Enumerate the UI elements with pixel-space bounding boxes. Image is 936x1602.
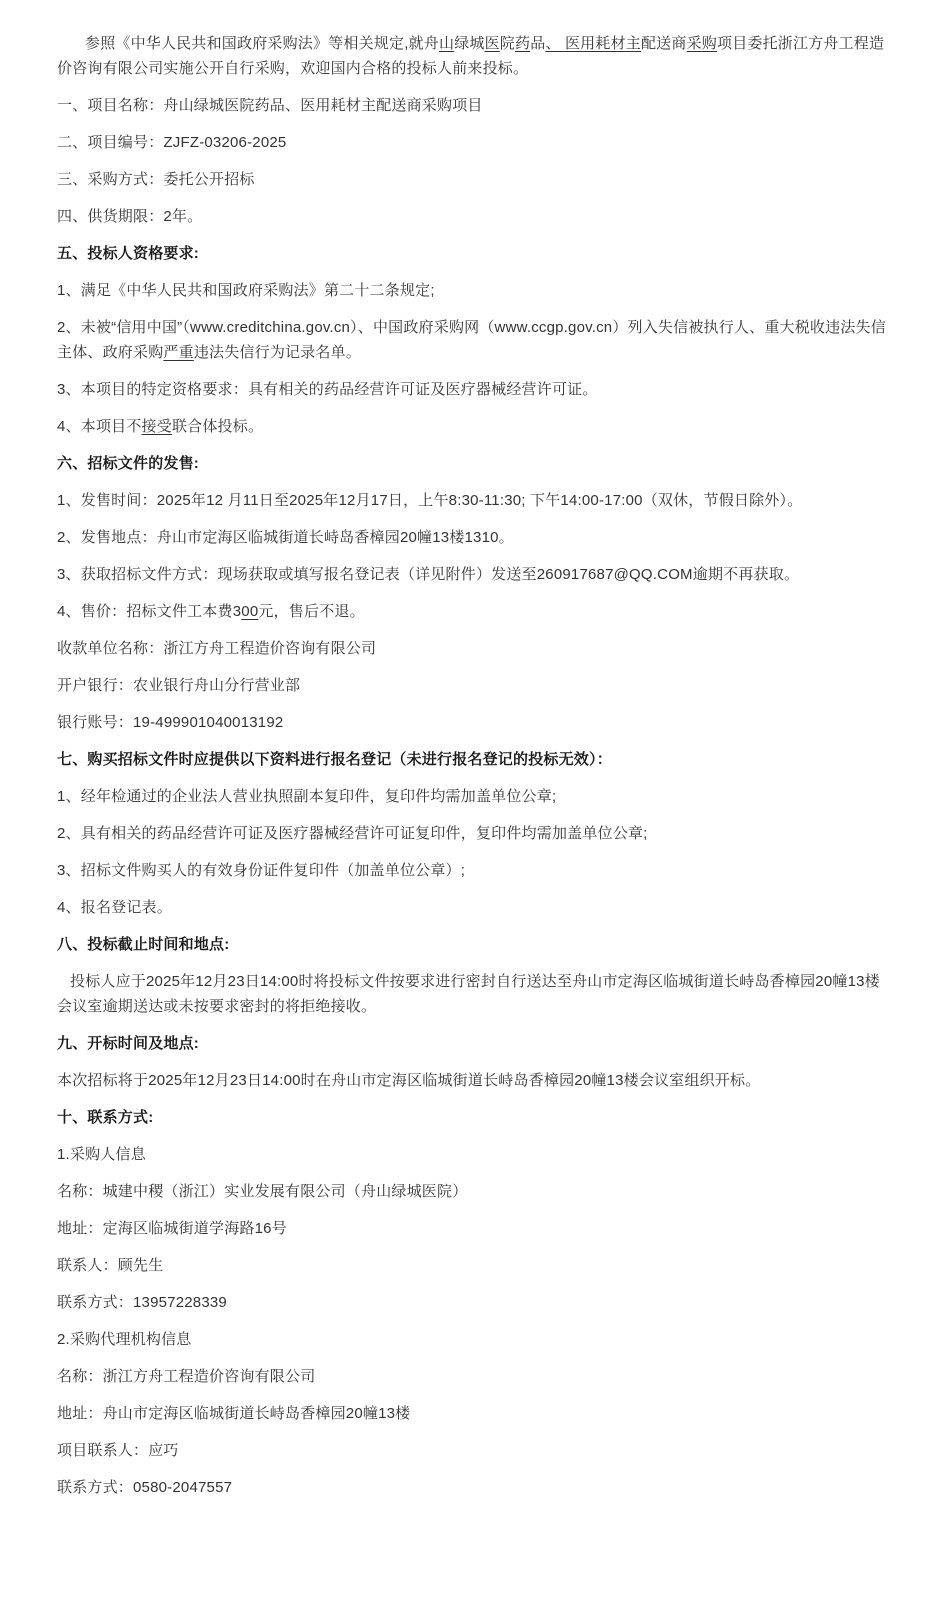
section-7-registration-heading: 七、购买招标文件时应提供以下资料进行报名登记（未进行报名登记的投标无效）： [57, 747, 890, 772]
underlined-text-run: 药 [515, 35, 530, 52]
sale-item-2-place: 2、发售地点：舟山市定海区临城街道长峙岛香樟园20幢13楼1310。 [57, 525, 890, 550]
agency-info-title: 2.采购代理机构信息 [57, 1327, 890, 1352]
item-supply-period: 四、供货期限：2年。 [57, 204, 890, 229]
sale-item-3-obtain-method: 3、获取招标文件方式：现场获取或填写报名登记表（详见附件）发送至26091768… [57, 562, 890, 587]
underlined-text-run: 00 [241, 603, 258, 620]
section-8-deadline-heading: 八、投标截止时间和地点: [57, 932, 890, 957]
purchaser-address: 地址：定海区临城街道学海路16号 [57, 1216, 890, 1241]
section-10-contact-heading: 十、联系方式: [57, 1105, 890, 1130]
underlined-text-run: 严重 [163, 344, 193, 361]
text-run: 品 [530, 35, 545, 52]
intro-paragraph: 参照《中华人民共和国政府采购法》等相关规定,就舟山绿城医院药品、 医用耗材主配送… [57, 31, 890, 81]
purchaser-phone: 联系方式：13957228339 [57, 1290, 890, 1315]
underlined-text-run: 山 [439, 35, 454, 52]
agency-contact-person: 项目联系人：应巧 [57, 1438, 890, 1463]
underlined-text-run: 、 医用耗材主 [545, 35, 641, 52]
payee-bank-line: 开户银行：农业银行舟山分行营业部 [57, 673, 890, 698]
text-run: 违法失信行为记录名单。 [194, 344, 361, 361]
text-run: 4、售价：招标文件工本费3 [57, 603, 241, 620]
registration-item-3: 3、招标文件购买人的有效身份证件复印件（加盖单位公章）; [57, 858, 890, 883]
agency-address: 地址：舟山市定海区临城街道长峙岛香樟园20幢13楼 [57, 1401, 890, 1426]
text-run: 联合体投标。 [172, 418, 263, 435]
item-project-number: 二、项目编号：ZJFZ-03206-2025 [57, 130, 890, 155]
item-project-name: 一、项目名称：舟山绿城医院药品、医用耗材主配送商采购项目 [57, 93, 890, 118]
text-run: 元，售后不退。 [258, 603, 364, 620]
text-run: 院 [500, 35, 515, 52]
underlined-text-run: 接受 [142, 418, 172, 435]
qualification-item-1: 1、满足《中华人民共和国政府采购法》第二十二条规定; [57, 278, 890, 303]
agency-phone: 联系方式：0580-2047557 [57, 1475, 890, 1500]
underlined-text-run: 医 [485, 35, 500, 52]
text-run: 参照《中华人民共和国政府采购法》等相关规定,就舟 [85, 35, 439, 52]
registration-item-1: 1、经年检通过的企业法人营业执照副本复印件，复印件均需加盖单位公章; [57, 784, 890, 809]
qualification-item-2: 2、未被“信用中国”（www.creditchina.gov.cn）、中国政府采… [57, 315, 890, 365]
section-9-opening-heading: 九、开标时间及地点: [57, 1031, 890, 1056]
section-5-qualification-heading: 五、投标人资格要求: [57, 241, 890, 266]
deadline-paragraph: 投标人应于2025年12月23日14:00时将投标文件按要求进行密封自行送达至舟… [57, 969, 890, 1019]
payee-name-line: 收款单位名称：浙江方舟工程造价咨询有限公司 [57, 636, 890, 661]
tender-announcement-document: 参照《中华人民共和国政府采购法》等相关规定,就舟山绿城医院药品、 医用耗材主配送… [0, 0, 936, 1500]
agency-name: 名称：浙江方舟工程造价咨询有限公司 [57, 1364, 890, 1389]
sale-item-1-time: 1、发售时间：2025年12 月11日至2025年12月17日，上午8:30-1… [57, 488, 890, 513]
opening-paragraph: 本次招标将于2025年12月23日14:00时在舟山市定海区临城街道长峙岛香樟园… [57, 1068, 890, 1093]
underlined-text-run: 采购 [687, 35, 717, 52]
purchaser-contact-person: 联系人：顾先生 [57, 1253, 890, 1278]
registration-item-2: 2、具有相关的药品经营许可证及医疗器械经营许可证复印件，复印件均需加盖单位公章; [57, 821, 890, 846]
text-run: 配送商 [641, 35, 687, 52]
purchaser-name: 名称：城建中稷（浙江）实业发展有限公司（舟山绿城医院） [57, 1179, 890, 1204]
sale-item-4-price: 4、售价：招标文件工本费300元，售后不退。 [57, 599, 890, 624]
qualification-item-4: 4、本项目不接受联合体投标。 [57, 414, 890, 439]
payee-account-line: 银行账号：19-499901040013192 [57, 710, 890, 735]
qualification-item-3: 3、本项目的特定资格要求：具有相关的药品经营许可证及医疗器械经营许可证。 [57, 377, 890, 402]
purchaser-info-title: 1.采购人信息 [57, 1142, 890, 1167]
section-6-sale-heading: 六、招标文件的发售: [57, 451, 890, 476]
text-run: 绿城 [454, 35, 484, 52]
text-run: 4、本项目不 [57, 418, 142, 435]
registration-item-4: 4、报名登记表。 [57, 895, 890, 920]
item-procurement-method: 三、采购方式：委托公开招标 [57, 167, 890, 192]
